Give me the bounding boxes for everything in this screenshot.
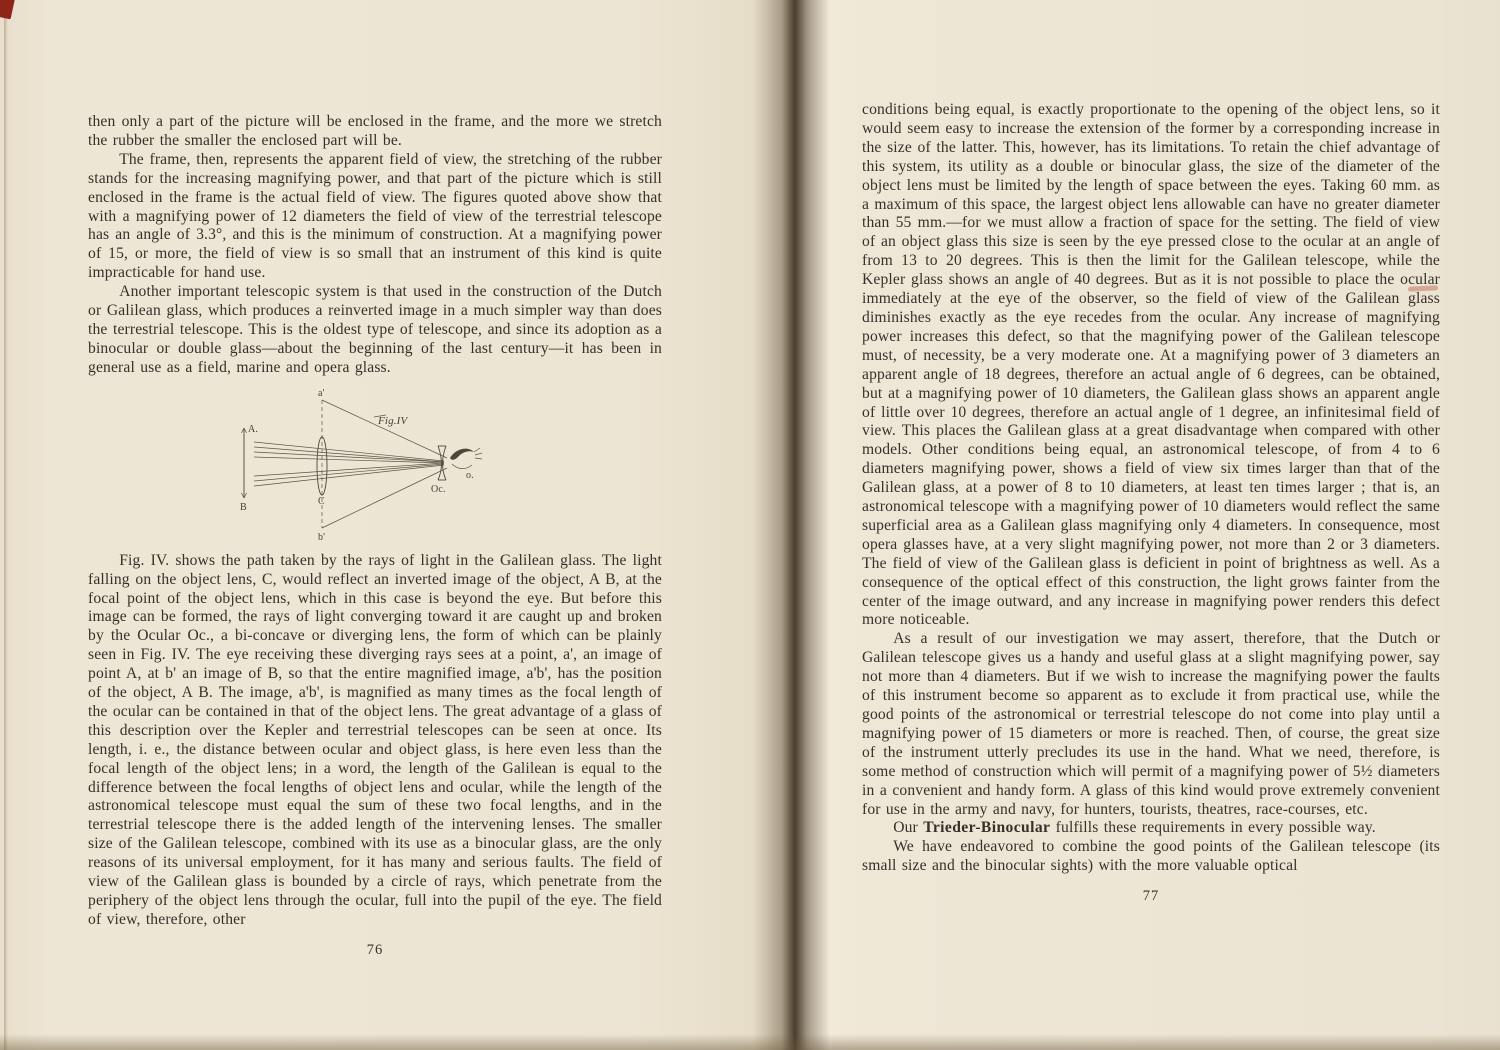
page-right: conditions being equal, is exactly propo… [790, 0, 1500, 1050]
trieder-bold: Trieder-Binocular [923, 819, 1050, 836]
left-text-column: then only a part of the picture will be … [88, 113, 662, 960]
label-ocular: Oc. [431, 484, 446, 495]
label-lens: C [318, 496, 325, 507]
paragraph: Fig. IV. shows the path taken by the ray… [88, 552, 662, 930]
label-eye-point: o. [466, 470, 474, 481]
book-scan: then only a part of the picture will be … [0, 0, 1500, 1050]
figure-iv-ray-diagram: A. B a' b' C [226, 386, 498, 546]
trieder-suffix: fulfills these requirements in every pos… [1050, 819, 1375, 836]
paragraph: Another important telescopic system is t… [88, 283, 662, 378]
paragraph: then only a part of the picture will be … [88, 113, 662, 151]
paragraph: The frame, then, represents the apparent… [88, 151, 662, 283]
paragraph-trieder: Our Trieder-Binocular fulfills these req… [862, 819, 1440, 838]
label-image-top: a' [318, 388, 325, 399]
label-object-top: A. [248, 424, 258, 435]
page-number-left: 76 [88, 941, 662, 960]
page-left: then only a part of the picture will be … [0, 0, 790, 1050]
paragraph: As a result of our investigation we may … [862, 630, 1440, 819]
page-number-right: 77 [862, 887, 1440, 906]
figure-caption: Fig.IV [377, 415, 408, 427]
paragraph: conditions being equal, is exactly propo… [862, 101, 1440, 630]
trieder-prefix: Our [893, 819, 923, 836]
right-text-column: conditions being equal, is exactly propo… [862, 101, 1440, 906]
eye-icon [450, 448, 474, 459]
label-object-bottom: B [240, 502, 247, 513]
label-image-bottom: b' [318, 532, 325, 543]
galilean-ray-diagram: A. B a' b' C [226, 386, 498, 546]
paragraph: We have endeavored to combine the good p… [862, 838, 1440, 876]
